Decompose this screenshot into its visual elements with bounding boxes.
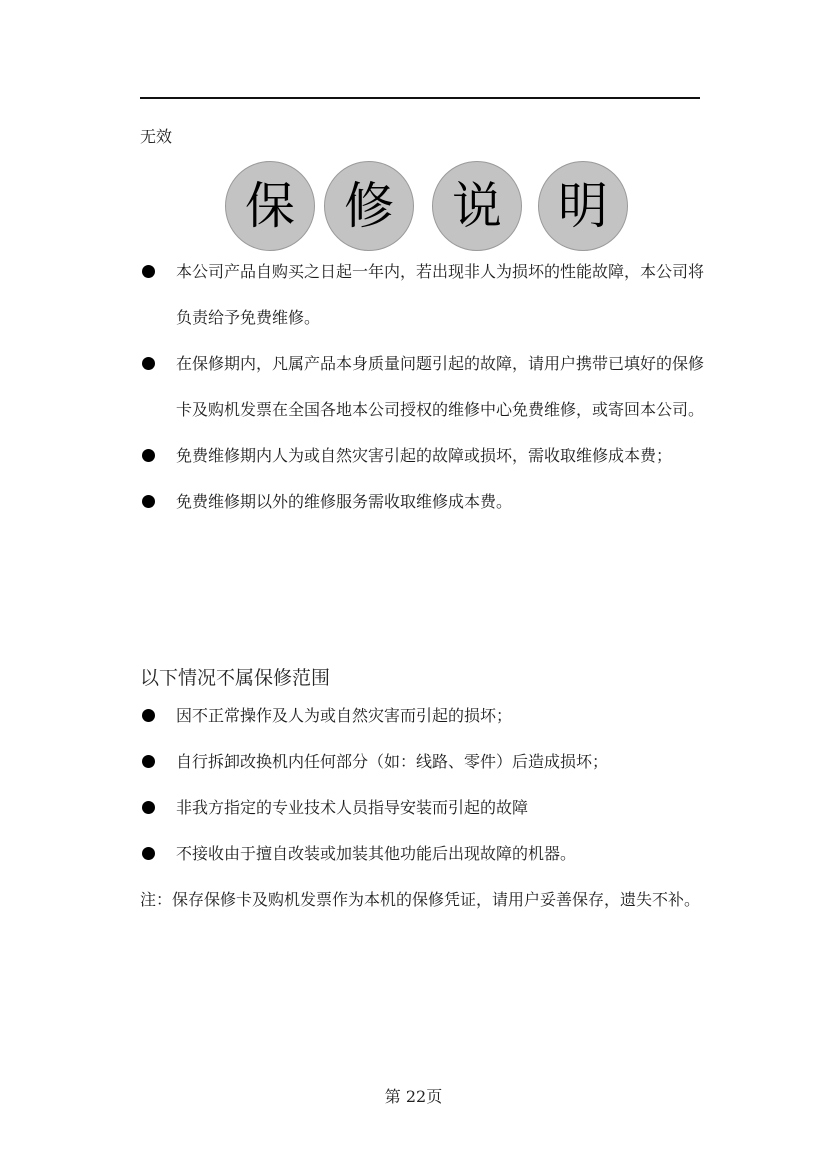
list-item: 自行拆卸改换机内任何部分（如：线路、零件）后造成损坏；	[140, 739, 705, 785]
list-item: 非我方指定的专业技术人员指导安装而引起的故障	[140, 785, 705, 831]
header-rule	[140, 97, 700, 99]
list-item-text: 自行拆卸改换机内任何部分（如：线路、零件）后造成损坏；	[176, 752, 608, 771]
bullet-icon	[142, 357, 155, 370]
exclusions-list: 因不正常操作及人为或自然灾害而引起的损坏； 自行拆卸改换机内任何部分（如：线路、…	[140, 693, 705, 877]
bullet-icon	[142, 755, 155, 768]
list-item-text: 因不正常操作及人为或自然灾害而引起的损坏；	[176, 706, 512, 725]
title-circle: 保	[225, 161, 315, 251]
bullet-icon	[142, 495, 155, 508]
title-circle: 修	[324, 161, 414, 251]
bullet-icon	[142, 801, 155, 814]
list-item: 因不正常操作及人为或自然灾害而引起的损坏；	[140, 693, 705, 739]
warranty-terms-list: 本公司产品自购买之日起一年内，若出现非人为损坏的性能故障，本公司将负责给予免费维…	[140, 249, 705, 525]
list-item-text: 免费维修期以外的维修服务需收取维修成本费。	[176, 492, 512, 511]
list-item-text: 本公司产品自购买之日起一年内，若出现非人为损坏的性能故障，本公司将负责给予免费维…	[176, 262, 704, 327]
list-item: 在保修期内，凡属产品本身质量问题引起的故障，请用户携带已填好的保修卡及购机发票在…	[140, 341, 705, 433]
bullet-icon	[142, 449, 155, 462]
list-item-text: 免费维修期内人为或自然灾害引起的故障或损坏，需收取维修成本费；	[176, 446, 672, 465]
bullet-icon	[142, 709, 155, 722]
list-item: 免费维修期以外的维修服务需收取维修成本费。	[140, 479, 705, 525]
warranty-note: 注：保存保修卡及购机发票作为本机的保修凭证，请用户妥善保存，遗失不补。	[140, 874, 705, 926]
page-title: 保 修 说 明	[0, 161, 827, 251]
list-item-text: 非我方指定的专业技术人员指导安装而引起的故障	[176, 798, 528, 817]
list-item-text: 在保修期内，凡属产品本身质量问题引起的故障，请用户携带已填好的保修卡及购机发票在…	[176, 354, 704, 419]
list-item: 本公司产品自购买之日起一年内，若出现非人为损坏的性能故障，本公司将负责给予免费维…	[140, 249, 705, 341]
list-item: 不接收由于擅自改装或加装其他功能后出现故障的机器。	[140, 831, 705, 877]
bullet-icon	[142, 265, 155, 278]
list-item-text: 不接收由于擅自改装或加装其他功能后出现故障的机器。	[176, 844, 576, 863]
bullet-icon	[142, 847, 155, 860]
title-circle: 明	[538, 161, 628, 251]
exclusions-heading: 以下情况不属保修范围	[140, 663, 330, 690]
page-number: 第 22页	[0, 1084, 827, 1107]
title-circle: 说	[432, 161, 522, 251]
list-item: 免费维修期内人为或自然灾害引起的故障或损坏，需收取维修成本费；	[140, 433, 705, 479]
stray-label: 无效	[140, 124, 172, 147]
